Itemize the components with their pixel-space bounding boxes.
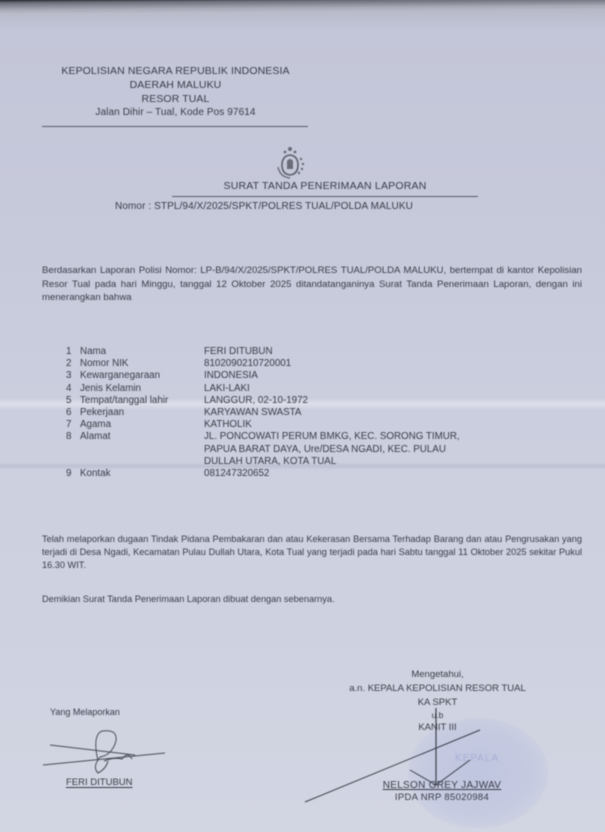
identity-row: 1 Nama FERI DITUBUN bbox=[66, 346, 566, 358]
address-line: DULLAH UTARA, KOTA TUAL bbox=[204, 456, 566, 468]
row-number: 5 bbox=[66, 395, 80, 407]
identity-row: 4 Jenis Kelamin LAKI-LAKI bbox=[66, 383, 566, 395]
identity-row: 5 Tempat/tanggal lahir LANGGUR, 02-10-19… bbox=[66, 395, 566, 407]
address-line: JL. PONCOWATI PERUM BMKG, KEC. SORONG TI… bbox=[204, 431, 566, 443]
reporter-caption: Yang Melaporkan bbox=[50, 707, 120, 717]
identity-list: 1 Nama FERI DITUBUN 2 Nomor NIK 81020902… bbox=[66, 346, 566, 480]
closing-paragraph: Demikian Surat Tanda Penerimaan Laporan … bbox=[42, 593, 582, 607]
title-divider bbox=[172, 196, 478, 197]
row-value: JL. PONCOWATI PERUM BMKG, KEC. SORONG TI… bbox=[204, 431, 566, 468]
row-number: 8 bbox=[66, 431, 80, 468]
row-label: Kontak bbox=[80, 468, 204, 480]
row-number: 9 bbox=[66, 468, 80, 480]
row-number: 1 bbox=[66, 346, 80, 358]
letterhead-line-1: KEPOLISIAN NEGARA REPUBLIK INDONESIA bbox=[38, 64, 313, 78]
row-label: Kewarganegaraan bbox=[80, 370, 204, 382]
identity-row: 2 Nomor NIK 8102090210720001 bbox=[66, 358, 566, 370]
identity-row: 6 Pekerjaan KARYAWAN SWASTA bbox=[66, 407, 566, 419]
identity-row: 7 Agama KATHOLIK bbox=[66, 419, 566, 431]
row-number: 4 bbox=[66, 383, 80, 395]
row-label: Alamat bbox=[80, 431, 204, 468]
document-title: SURAT TANDA PENERIMAAN LAPORAN bbox=[170, 180, 480, 192]
ack-line-1: Mengetahui, bbox=[310, 668, 565, 682]
row-value: KATHOLIK bbox=[204, 419, 566, 431]
identity-row-address: 8 Alamat JL. PONCOWATI PERUM BMKG, KEC. … bbox=[66, 431, 566, 468]
letterhead-divider bbox=[42, 126, 308, 127]
address-line: PAPUA BARAT DAYA, Ure/DESA NGADI, KEC. P… bbox=[204, 444, 566, 456]
row-value: LANGGUR, 02-10-1972 bbox=[204, 395, 566, 407]
row-label: Jenis Kelamin bbox=[80, 383, 204, 395]
identity-row: 3 Kewarganegaraan INDONESIA bbox=[66, 370, 566, 382]
row-label: Nama bbox=[80, 346, 204, 358]
letterhead-line-3: RESOR TUAL bbox=[38, 92, 313, 106]
report-paragraph: Telah melaporkan dugaan Tindak Pidana Pe… bbox=[42, 533, 582, 572]
row-value: 8102090210720001 bbox=[204, 358, 566, 370]
row-label: Pekerjaan bbox=[80, 407, 204, 419]
row-number: 6 bbox=[66, 407, 80, 419]
reporter-signature-block: Yang Melaporkan FERI DITUBUN bbox=[50, 707, 120, 717]
row-label: Nomor NIK bbox=[80, 358, 204, 370]
row-value: INDONESIA bbox=[204, 370, 566, 382]
identity-row: 9 Kontak 081247320652 bbox=[66, 468, 566, 480]
officer-rank-nrp: IPDA NRP 85020984 bbox=[362, 792, 522, 804]
row-value: 081247320652 bbox=[204, 468, 566, 480]
row-value: FERI DITUBUN bbox=[204, 346, 566, 358]
intro-paragraph: Berdasarkan Laporan Polisi Nomor: LP-B/9… bbox=[42, 264, 582, 305]
officer-name-block: NELSON GREY JAJWAV IPDA NRP 85020984 bbox=[362, 780, 522, 804]
row-number: 2 bbox=[66, 358, 80, 370]
row-number: 3 bbox=[66, 370, 80, 382]
row-label: Agama bbox=[80, 419, 204, 431]
letterhead: KEPOLISIAN NEGARA REPUBLIK INDONESIA DAE… bbox=[38, 64, 313, 120]
row-number: 7 bbox=[66, 419, 80, 431]
police-emblem-icon bbox=[270, 145, 310, 181]
letterhead-line-2: DAERAH MALUKU bbox=[38, 78, 313, 92]
letterhead-address: Jalan Dihir – Tual, Kode Pos 97614 bbox=[38, 106, 313, 120]
row-value: KARYAWAN SWASTA bbox=[204, 407, 566, 419]
row-label: Tempat/tanggal lahir bbox=[80, 395, 204, 407]
row-value: LAKI-LAKI bbox=[204, 383, 566, 395]
document-number: Nomor : STPL/94/X/2025/SPKT/POLRES TUAL/… bbox=[115, 201, 413, 212]
reporter-signature-icon bbox=[40, 725, 170, 785]
officer-name: NELSON GREY JAJWAV bbox=[362, 780, 522, 792]
photo-top-shadow bbox=[0, 0, 605, 14]
